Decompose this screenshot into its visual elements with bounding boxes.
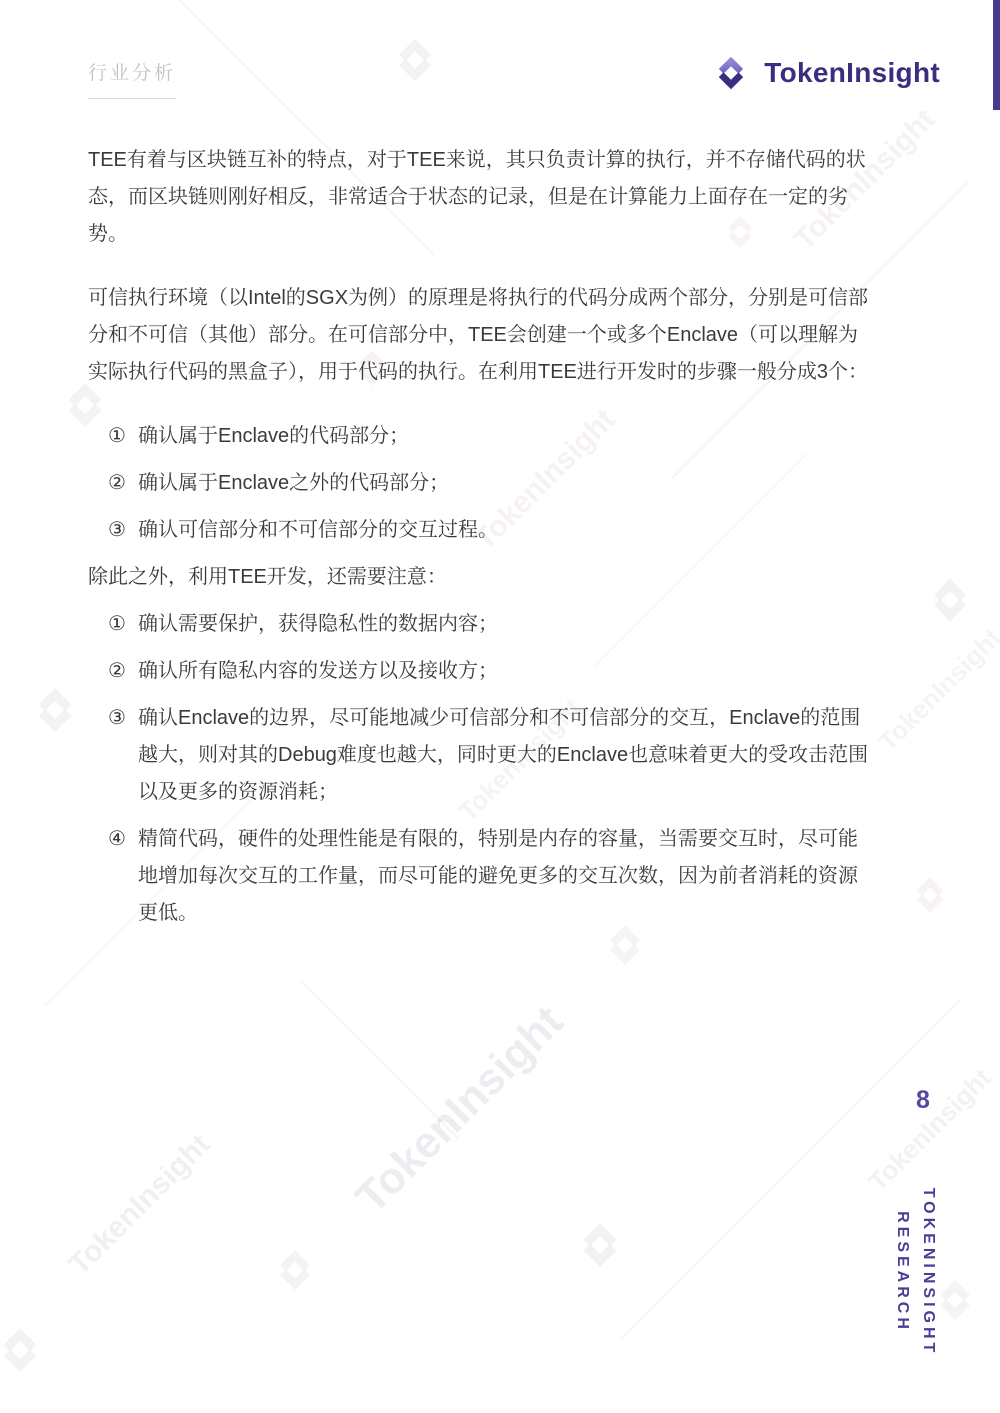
logo-wordmark: TokenInsight [764, 57, 940, 89]
circled-number: ② [108, 653, 138, 690]
paragraph: 可信执行环境（以Intel的SGX为例）的原理是将执行的代码分成两个部分，分别是… [88, 280, 874, 391]
circled-number: ③ [108, 512, 138, 549]
side-brand-line1: TOKENINSIGHT [915, 1188, 941, 1357]
watermark-diamond-icon [905, 870, 955, 920]
watermark-diamond-icon [24, 679, 86, 741]
list-item: ② 确认属于Enclave之外的代码部分； [108, 465, 874, 502]
side-brand-line2: RESEARCH [889, 1188, 915, 1357]
list-item: ③ 确认Enclave的边界，尽可能地减少可信部分和不可信部分的交互，Encla… [108, 700, 874, 811]
list-item: ① 确认属于Enclave的代码部分； [108, 418, 874, 455]
watermark-line [302, 982, 459, 1139]
paragraph: 除此之外，利用TEE开发，还需要注意： [88, 559, 874, 596]
list-item: ④ 精简代码，硬件的处理性能是有限的，特别是内存的容量，当需要交互时，尽可能地增… [108, 821, 874, 932]
list-item: ② 确认所有隐私内容的发送方以及接收方； [108, 653, 874, 690]
tokeninsight-diamond-icon [708, 50, 754, 96]
watermark-diamond-icon [0, 1319, 51, 1381]
numbered-list-steps: ① 确认属于Enclave的代码部分； ② 确认属于Enclave之外的代码部分… [88, 418, 874, 549]
watermark-diamond-icon [569, 1214, 631, 1276]
section-label: 行业分析 [88, 58, 176, 99]
watermark-diamond-icon [385, 30, 445, 90]
paragraph: TEE有着与区块链互补的特点，对于TEE来说，其只负责计算的执行，并不存储代码的… [88, 142, 874, 253]
page-number: 8 [905, 1086, 941, 1115]
tokeninsight-logo: TokenInsight [708, 50, 940, 96]
page-corner-accent-bar [993, 0, 1000, 110]
watermark-text: TokenInsight [863, 1063, 998, 1198]
watermark-text: TokenInsight [347, 997, 574, 1224]
watermark-text: TokenInsight [873, 623, 1000, 758]
watermark-diamond-icon [267, 1242, 323, 1298]
watermark-diamond-icon [920, 570, 980, 630]
numbered-list-notes: ① 确认需要保护，获得隐私性的数据内容； ② 确认所有隐私内容的发送方以及接收方… [88, 606, 874, 932]
side-brand-text: TOKENINSIGHT RESEARCH [889, 1188, 941, 1357]
circled-number: ① [108, 418, 138, 455]
circled-number: ③ [108, 700, 138, 811]
list-item: ① 确认需要保护，获得隐私性的数据内容； [108, 606, 874, 643]
document-body: TEE有着与区块链互补的特点，对于TEE来说，其只负责计算的执行，并不存储代码的… [88, 142, 874, 942]
circled-number: ① [108, 606, 138, 643]
circled-number: ④ [108, 821, 138, 932]
circled-number: ② [108, 465, 138, 502]
list-item: ③ 确认可信部分和不可信部分的交互过程。 [108, 512, 874, 549]
watermark-text: TokenInsight [63, 1128, 217, 1282]
